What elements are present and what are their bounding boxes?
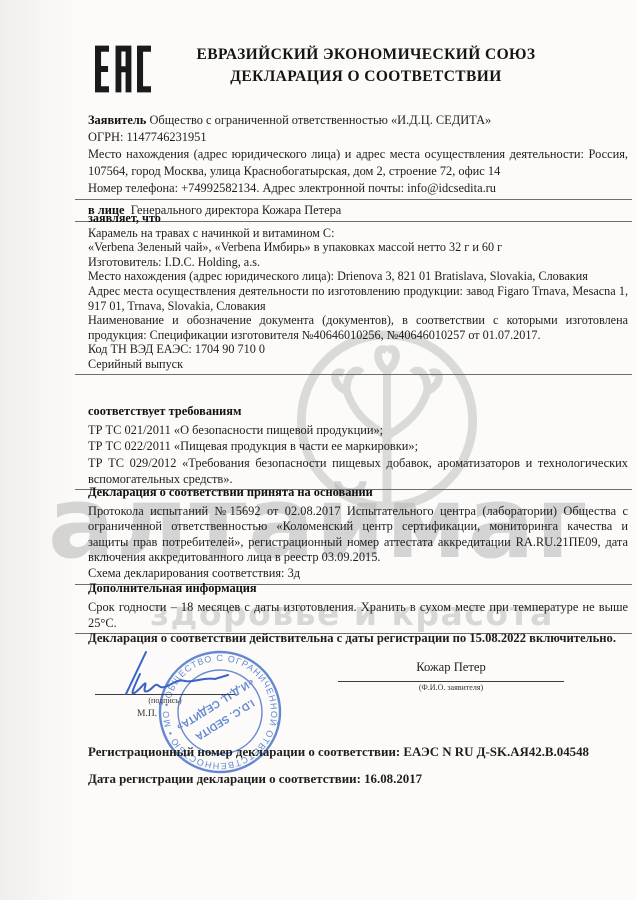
divider (75, 199, 632, 200)
production-address: Адрес места осуществления деятельности п… (88, 284, 628, 313)
validity-text: Декларация о соответствии действительна … (88, 630, 628, 647)
applicant-line: Заявитель Общество с ограниченной ответс… (88, 112, 628, 129)
manufacturer-line: Изготовитель: I.D.C. Holding, a.s. (88, 255, 628, 270)
requirement-item: ТР ТС 022/2011 «Пищевая продукция в част… (88, 438, 628, 454)
validity-section: Декларация о соответствии действительна … (88, 630, 628, 647)
ogrn-line: ОГРН: 1147746231951 (88, 129, 628, 146)
stamp-place-label: М.П. (137, 709, 157, 719)
registration-date-line: Дата регистрации декларации о соответств… (88, 772, 633, 787)
product-line2: «Verbena Зеленый чай», «Verbena Имбирь» … (88, 240, 628, 255)
manufacturer-address: Место нахождения (адрес юридического лиц… (88, 269, 628, 284)
documents-line: Наименование и обозначение документа (до… (88, 313, 628, 342)
applicant-contacts: Номер телефона: +74992582134. Адрес элек… (88, 180, 628, 197)
additional-section: Дополнительная информация Срок годности … (88, 580, 628, 636)
additional-text: Срок годности – 18 месяцев с даты изгото… (88, 599, 628, 631)
signer-name-caption: (Ф.И.О. заявителя) (338, 683, 564, 692)
declaration-document: алтаймаг здоровье и красота ЕВРАЗИЙСКИЙ … (0, 0, 637, 900)
document-title: ЕВРАЗИЙСКИЙ ЭКОНОМИЧЕСКИЙ СОЮЗ ДЕКЛАРАЦИ… (150, 44, 582, 88)
issue-type-line: Серийный выпуск (88, 357, 628, 372)
requirements-label: соответствует требованиям (88, 403, 628, 419)
applicant-label: Заявитель (88, 113, 146, 127)
handwritten-signature (118, 646, 238, 698)
tnved-line: Код ТН ВЭД ЕАЭС: 1704 90 710 0 (88, 342, 628, 357)
divider (75, 374, 632, 375)
declares-label: заявляет, что (88, 211, 628, 226)
product-line1: Карамель на травах с начинкой и витамино… (88, 226, 628, 241)
requirement-item: ТР ТС 021/2011 «О безопасности пищевой п… (88, 422, 628, 438)
applicant-section: Заявитель Общество с ограниченной ответс… (88, 112, 628, 224)
basis-label: Декларация о соответствии принята на осн… (88, 485, 628, 501)
registration-number-line: Регистрационный номер декларации о соотв… (88, 745, 633, 760)
additional-label: Дополнительная информация (88, 580, 628, 596)
basis-text: Протокола испытаний №15692 от 02.08.2017… (88, 504, 628, 566)
product-section: заявляет, что Карамель на травах с начин… (88, 211, 628, 377)
basis-section: Декларация о соответствии принята на осн… (88, 485, 628, 587)
title-line1: ЕВРАЗИЙСКИЙ ЭКОНОМИЧЕСКИЙ СОЮЗ (150, 44, 582, 66)
applicant-address: Место нахождения (адрес юридического лиц… (88, 146, 628, 180)
eac-logo-icon (95, 44, 151, 94)
title-line2: ДЕКЛАРАЦИЯ О СООТВЕТСТВИИ (150, 66, 582, 88)
signer-name-line (338, 681, 564, 682)
requirements-section: соответствует требованиям ТР ТС 021/2011… (88, 403, 628, 492)
requirement-item: ТР ТС 029/2012 «Требования безопасности … (88, 455, 628, 487)
signer-name: Кожар Петер (340, 660, 562, 675)
